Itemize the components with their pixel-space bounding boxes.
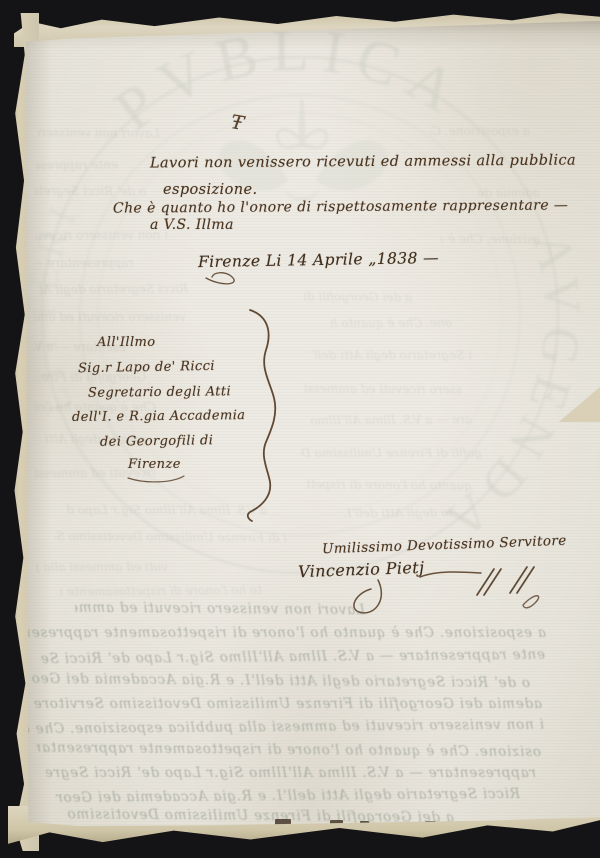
address-brace	[248, 310, 275, 521]
signature-dash	[420, 572, 481, 577]
bleedthrough-line: i non venissero ricevu	[36, 227, 168, 242]
bleedthrough-line: a esposizione. Che è quanto ho l'onore d…	[28, 625, 546, 641]
scan-background: PVBLICA AVGENDA LITTERI	[0, 0, 600, 858]
edge-ink-speck	[330, 820, 343, 829]
letter-body-line-3: Che è quanto ho l'onore di rispettosamen…	[113, 197, 568, 216]
dateline: Firenze Li 14 Aprile „1838 —	[198, 249, 439, 271]
archival-ink-mark: Ŧ	[229, 111, 245, 135]
watermark-arc-right-text: AVGENDA	[428, 227, 591, 555]
address-line-2: Sig.r Lapo de' Ricci	[78, 359, 215, 376]
bleedthrough-line: o de' Ricci Segreta	[34, 184, 146, 199]
bleedthrough-line: a V.S. Illma All'Illmo Sig.r Lapo d	[55, 503, 267, 517]
dateline-swash	[206, 273, 234, 284]
bleedthrough-line: a esposizione. Ch	[430, 124, 530, 138]
watermark-inner-ring	[80, 95, 520, 535]
bleedthrough-line: Ricci Segretario degli Atti dell'I. e R.…	[55, 786, 520, 806]
bleedthrough-line: vuti ed ammessi alla p	[36, 560, 168, 574]
bleedthrough-line: a dei Georgofili di Firenze Umilissimo D…	[62, 806, 454, 825]
signature: Vincenzio Pietj	[298, 558, 425, 581]
bleedthrough-line: Che è quanto ho l'ono	[34, 400, 156, 414]
edge-ink-speck	[360, 821, 369, 829]
address-line-5: dei Georgofili di	[100, 433, 213, 450]
bleedthrough-line: ricevuti ed ammessi	[34, 465, 156, 480]
bleedthrough-line: are — a V.S. Illma All'Illmo	[300, 412, 472, 428]
letter-body-line-1: Lavori non venissero ricevuti ed ammessi…	[150, 153, 576, 172]
bleed-curl-mark	[523, 596, 539, 608]
bleedthrough-line: to ho l'onore di rispettosamente r	[60, 583, 262, 599]
bleedthrough-line: rappresentare — a	[34, 256, 134, 270]
bleedthrough-line: ademia dei	[478, 186, 540, 200]
edge-ink-speck	[275, 819, 291, 827]
bleedthrough-line: gofili di Firenze Umilissimo De	[300, 446, 482, 460]
bleedthrough-line: quanto ho l'onore di rispett	[300, 477, 472, 493]
bleedthrough-line: osizione. Che è q	[440, 232, 540, 247]
paraph-mark-1	[477, 569, 501, 595]
address-line-4: dell'I. e R.gia Accademia	[72, 408, 246, 425]
bleedthrough-line: one. Che è quanto ho	[330, 315, 452, 330]
bleedthrough-line: Ricci Segretario degli At	[36, 281, 188, 296]
bleedthrough-line: Georgofili di Fire	[34, 370, 146, 385]
bleedthrough-line: a dei Georgofili di	[300, 290, 412, 305]
closing-line: Umilissimo Devotissimo Servitore	[322, 533, 567, 558]
signature-descender-loop	[354, 580, 381, 613]
paraph-mark-2	[510, 567, 534, 593]
bleedthrough-line: retario degli Atti	[34, 432, 146, 447]
bleedthrough-line: i di Firenze Umilissimo Devotissimo Ser	[55, 529, 287, 545]
bleedthrough-line: Lavori non venissero	[38, 125, 160, 140]
letter-body-line-2: esposizione.	[163, 182, 257, 198]
bleedthrough-line: io degli Atti dell'I.	[330, 505, 452, 520]
bleedthrough-line: rappresentare — a V.S. Illma All'Illmo S…	[46, 765, 536, 781]
edge-ink-speck	[425, 821, 436, 829]
address-underline-swash	[128, 476, 184, 482]
bleedthrough-line: ente rappresen	[36, 158, 118, 173]
watermark-innermost-ring	[98, 113, 502, 517]
bleedthrough-line: ademia dei Georgofili di Firenze Umiliss…	[30, 696, 542, 712]
page-gutter-shadow	[26, 20, 52, 826]
watermark-arc-top-text: PVBLICA	[103, 20, 478, 143]
bleedthrough-line: ente rappresentare — a V.S. Illma All'Il…	[40, 647, 545, 667]
address-line-1: All'Illmo	[97, 335, 155, 350]
watermark-outer-ring	[42, 57, 558, 573]
watermark-crest-wings	[218, 140, 387, 201]
bleedthrough-line: i non venissero ricevuti ed ammessi alla…	[26, 717, 544, 738]
watermark-arc-left-text: LITTERI	[26, 193, 88, 420]
bleedthrough-line: i Segretario degli Atti dell'	[300, 348, 472, 362]
pen-flourishes	[26, 20, 600, 826]
bleedthrough-line: ssero ricevuti ed ammessi a	[300, 381, 462, 396]
bleedthrough-line: osizione. Che è quanto ho l'onore di ris…	[36, 740, 541, 760]
address-line-3: Segretario degli Atti	[88, 384, 231, 400]
embossed-watermark: PVBLICA AVGENDA LITTERI	[26, 20, 600, 826]
bleedthrough-line: esentare — a V.S	[34, 340, 126, 355]
manuscript-page: PVBLICA AVGENDA LITTERI	[26, 20, 600, 826]
fleur-de-lis-icon	[277, 100, 326, 148]
letter-body-line-4: a V.S. Illma	[150, 217, 234, 233]
address-line-6: Firenze	[128, 457, 181, 472]
bleedthrough-line: Lavori non venissero ricevuti ed ammessi…	[75, 600, 365, 619]
bleedthrough-line: venissero ricevuti ed amm	[34, 310, 186, 324]
bleedthrough-line: o de' Ricci Segretario degli Atti dell'I…	[30, 671, 530, 691]
